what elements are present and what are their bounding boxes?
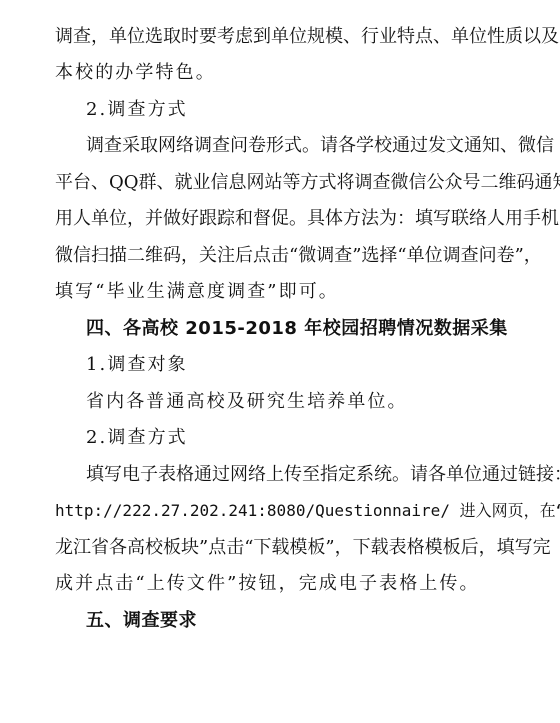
paragraph-line: 成并点击“上传文件”按钮，完成电子表格上传。 [55, 573, 495, 595]
paragraph-line: 平台、QQ群、就业信息网站等方式将调查微信公众号二维码通知 [55, 172, 495, 194]
document-page: 调查，单位选取时要考虑到单位规模、行业特点、单位性质以及 本校的办学特色。 2.… [0, 0, 560, 723]
paragraph-line: 微信扫描二维码，关注后点击“微调查”选择“单位调查问卷”， [55, 245, 495, 267]
subheading-survey-method: 2.调查方式 [86, 99, 526, 121]
paragraph-line: 本校的办学特色。 [55, 62, 495, 84]
section-heading-5: 五、调查要求 [86, 610, 526, 632]
section-heading-4: 四、各高校 2015-2018 年校园招聘情况数据采集 [86, 318, 526, 340]
paragraph-line: 龙江省各高校板块”点击“下载模板”，下载表格模板后，填写完 [55, 537, 495, 559]
subheading-survey-method: 2.调查方式 [86, 427, 526, 449]
paragraph-line: 调查，单位选取时要考虑到单位规模、行业特点、单位性质以及 [55, 26, 495, 48]
paragraph-line: 填写电子表格通过网络上传至指定系统。请各单位通过链接： [86, 464, 495, 486]
paragraph-line: 用人单位，并做好跟踪和督促。具体方法为：填写联络人用手机 [55, 208, 495, 230]
paragraph-line: 省内各普通高校及研究生培养单位。 [86, 391, 526, 413]
paragraph-line: 调查采取网络调查问卷形式。请各学校通过发文通知、微信 [86, 135, 495, 157]
paragraph-line: 填写“毕业生满意度调查”即可。 [55, 281, 495, 303]
subheading-survey-target: 1.调查对象 [86, 354, 526, 376]
questionnaire-url-line: http://222.27.202.241:8080/Questionnaire… [55, 500, 495, 522]
